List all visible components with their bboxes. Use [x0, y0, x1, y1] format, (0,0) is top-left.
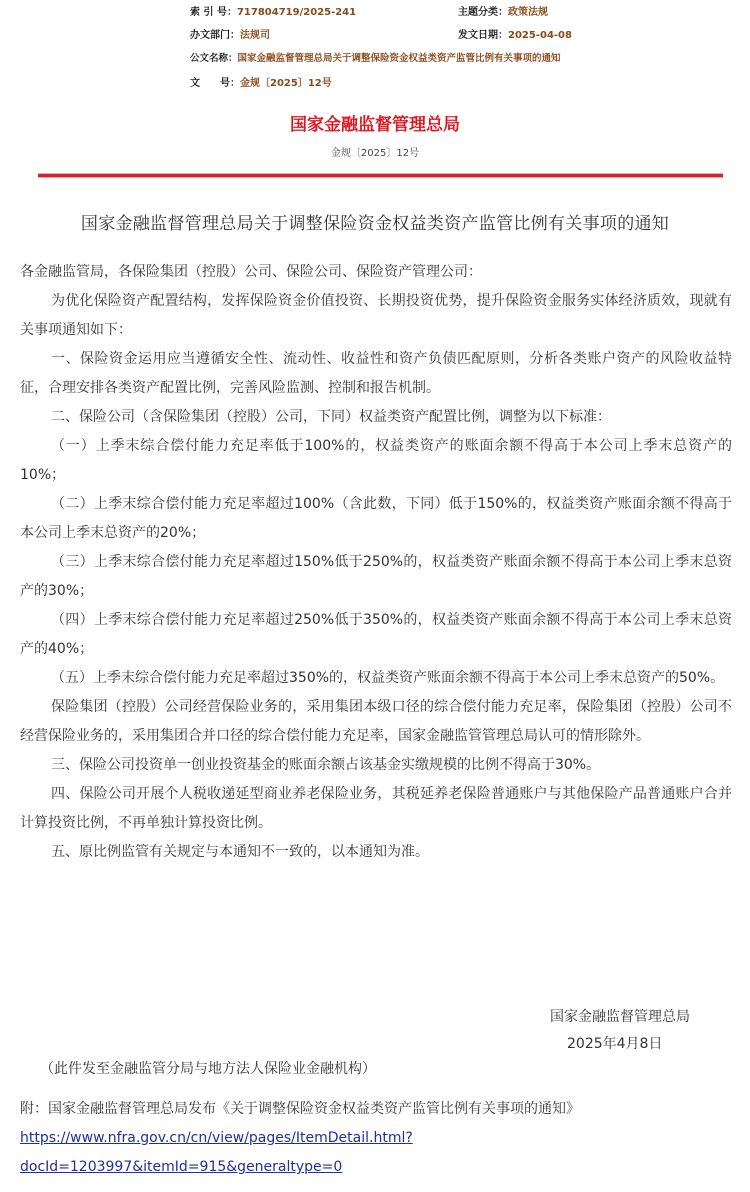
paragraph-subitem-1: （一）上季末综合偿付能力充足率低于100%的，权益类资产的账面余额不得高于本公司… — [20, 432, 732, 490]
red-divider — [38, 173, 723, 178]
salutation: 各金融监管局，各保险集团（控股）公司、保险公司、保险资产管理公司： — [20, 258, 732, 287]
attachment-caption: 附：国家金融监督管理总局发布《关于调整保险资金权益类资产监管比例有关事项的通知》 — [20, 1095, 740, 1124]
paragraph-subitem-4: （四）上季末综合偿付能力充足率超过250%低于350%的，权益类资产账面余额不得… — [20, 606, 732, 664]
meta-index-value: 717804719/2025-241 — [237, 7, 356, 18]
distribution-note: （此件发至金融监管分局与地方法人保险业金融机构） — [40, 1058, 376, 1078]
meta-date-value: 2025-04-08 — [508, 30, 572, 41]
signature-org: 国家金融监督管理总局 — [550, 1006, 690, 1026]
document-title: 国家金融监督管理总局关于调整保险资金权益类资产监管比例有关事项的通知 — [0, 209, 750, 234]
document-number: 金规〔2025〕12号 — [0, 144, 750, 159]
meta-date: 发文日期：2025-04-08 — [458, 29, 572, 43]
attachment-section: 附：国家金融监督管理总局发布《关于调整保险资金权益类资产监管比例有关事项的通知》… — [20, 1095, 740, 1182]
issuer-heading: 国家金融监督管理总局 — [0, 110, 750, 135]
meta-department-value: 法规司 — [240, 30, 270, 41]
meta-index-label: 索 引 号： — [190, 7, 237, 18]
paragraph-subitem-5: （五）上季末综合偿付能力充足率超过350%的，权益类资产账面余额不得高于本公司上… — [20, 664, 732, 693]
document-body: 各金融监管局，各保险集团（控股）公司、保险公司、保险资产管理公司： 为优化保险资… — [20, 258, 732, 867]
paragraph-intro: 为优化保险资产配置结构，发挥保险资金价值投资、长期投资优势，提升保险资金服务实体… — [20, 287, 732, 345]
meta-title: 公文名称：国家金融监督管理总局关于调整保险资金权益类资产监管比例有关事项的通知 — [190, 52, 561, 66]
paragraph-item-4: 四、保险公司开展个人税收递延型商业养老保险业务，其税延养老保险普通账户与其他保险… — [20, 780, 732, 838]
meta-index: 索 引 号：717804719/2025-241 — [190, 6, 356, 20]
paragraph-item-2: 二、保险公司（含保险集团（控股）公司，下同）权益类资产配置比例，调整为以下标准： — [20, 403, 732, 432]
meta-category-value: 政策法规 — [508, 7, 548, 18]
paragraph-item-3: 三、保险公司投资单一创业投资基金的账面余额占该基金实缴规模的比例不得高于30%。 — [20, 751, 732, 780]
paragraph-group-note: 保险集团（控股）公司经营保险业务的，采用集团本级口径的综合偿付能力充足率，保险集… — [20, 693, 732, 751]
attachment-link-line-1[interactable]: https://www.nfra.gov.cn/cn/view/pages/It… — [20, 1124, 740, 1153]
meta-category-label: 主题分类： — [458, 7, 508, 18]
meta-department: 办文部门：法规司 — [190, 29, 270, 43]
signature-date: 2025年4月8日 — [567, 1033, 662, 1053]
meta-date-label: 发文日期： — [458, 30, 508, 41]
meta-title-value: 国家金融监督管理总局关于调整保险资金权益类资产监管比例有关事项的通知 — [238, 53, 561, 64]
paragraph-item-1: 一、保险资金运用应当遵循安全性、流动性、收益性和资产负债匹配原则，分析各类账户资… — [20, 345, 732, 403]
meta-docno-value: 金规〔2025〕12号 — [240, 78, 332, 89]
paragraph-item-5: 五、原比例监管有关规定与本通知不一致的，以本通知为准。 — [20, 838, 732, 867]
meta-docno: 文 号：金规〔2025〕12号 — [190, 77, 332, 91]
paragraph-subitem-2: （二）上季末综合偿付能力充足率超过100%（含此数，下同）低于150%的，权益类… — [20, 490, 732, 548]
meta-category: 主题分类：政策法规 — [458, 6, 548, 20]
meta-department-label: 办文部门： — [190, 30, 240, 41]
meta-title-label: 公文名称： — [190, 53, 238, 64]
attachment-link-line-2[interactable]: docId=1203997&itemId=915&generaltype=0 — [20, 1153, 740, 1182]
paragraph-subitem-3: （三）上季末综合偿付能力充足率超过150%低于250%的，权益类资产账面余额不得… — [20, 548, 732, 606]
meta-docno-label: 文 号： — [190, 78, 240, 89]
